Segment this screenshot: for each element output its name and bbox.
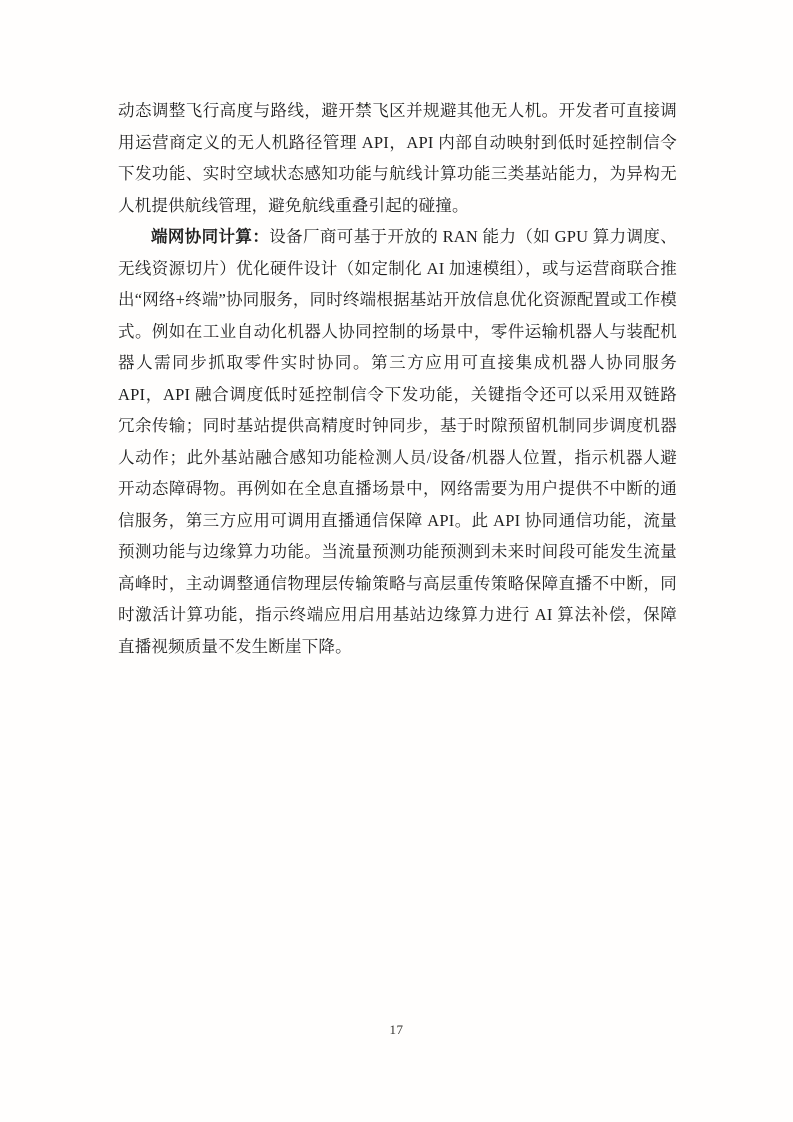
paragraph-continuation-text: 动态调整飞行高度与路线，避开禁飞区并规避其他无人机。开发者可直接调用运营商定义的…	[118, 101, 677, 215]
document-page: 动态调整飞行高度与路线，避开禁飞区并规避其他无人机。开发者可直接调用运营商定义的…	[0, 0, 793, 1122]
paragraph-duanwang-heading: 端网协同计算：	[151, 227, 269, 246]
paragraph-duanwang: 端网协同计算：设备厂商可基于开放的 RAN 能力（如 GPU 算力调度、无线资源…	[118, 221, 677, 662]
paragraph-duanwang-text: 设备厂商可基于开放的 RAN 能力（如 GPU 算力调度、无线资源切片）优化硬件…	[118, 227, 677, 656]
page-number: 17	[0, 1022, 793, 1038]
paragraph-continuation: 动态调整飞行高度与路线，避开禁飞区并规避其他无人机。开发者可直接调用运营商定义的…	[118, 95, 677, 221]
body-text: 动态调整飞行高度与路线，避开禁飞区并规避其他无人机。开发者可直接调用运营商定义的…	[118, 95, 677, 662]
